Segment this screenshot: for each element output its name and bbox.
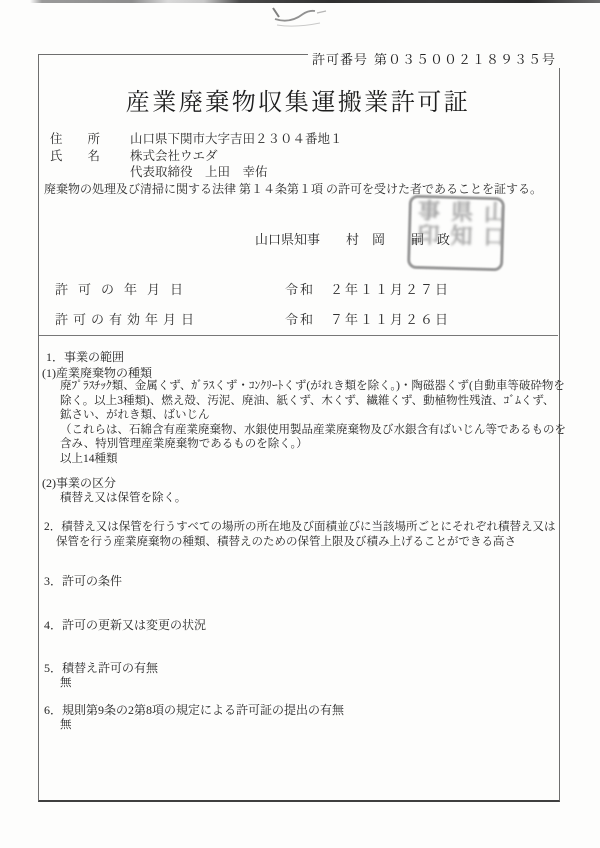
section6-heading: 6．規則第9条の2第8項の規定による許可証の提出の有無 xyxy=(44,701,344,718)
representative-name: 代表取締役 上田 幸佑 xyxy=(130,162,268,180)
address-label: 住 所 xyxy=(50,129,100,147)
section6-value: 無 xyxy=(60,716,72,732)
section3-heading: 3．許可の条件 xyxy=(44,572,122,589)
document-title: 産業廃棄物収集運搬業許可証 xyxy=(38,82,558,117)
section1-heading: 1．事業の範囲 xyxy=(46,348,124,365)
section2-line2: 保管を行う産業廃棄物の種類、積替えのための保管上限及び積み上げることができる高さ xyxy=(56,533,516,549)
section5-value: 無 xyxy=(60,674,72,690)
waste-types-line: 含み、特別管理産業廃棄物であるものを除く。） xyxy=(60,437,566,452)
waste-types-line: 廃ﾌﾟﾗｽﾁｯｸ類、金属くず、ｶﾞﾗｽくず・ｺﾝｸﾘｰﾄくず(がれき類を除く。)… xyxy=(60,379,566,394)
grant-date-label: 許可の年月日 xyxy=(55,279,193,298)
section-divider-line xyxy=(39,335,558,336)
business-category-value: 積替え又は保管を除く。 xyxy=(60,489,186,505)
permit-number-label: 許可番号 xyxy=(312,52,368,67)
expiry-date-label: 許可の有効年月日 xyxy=(55,309,199,328)
certification-statement: 廃棄物の処理及び清掃に関する法律 第１４条第１項 の許可を受けた者であることを証… xyxy=(44,180,542,197)
section2-line1: 2．積替え又は保管を行うすべての場所の所在地及び面積並びに当該場所ごとにそれぞれ… xyxy=(44,518,556,534)
waste-types-list: 廃ﾌﾟﾗｽﾁｯｸ類、金属くず、ｶﾞﾗｽくず・ｺﾝｸﾘｰﾄくず(がれき類を除く。)… xyxy=(60,379,566,467)
seal-characters: 山口県知事印 xyxy=(410,199,505,270)
waste-types-line: 鉱さい、がれき類、ばいじん xyxy=(60,408,566,423)
handwritten-check-mark xyxy=(265,2,335,30)
permit-number: 許可番号第０３５００２１８９３５号 xyxy=(308,49,560,68)
section4-heading: 4．許可の更新又は変更の状況 xyxy=(44,616,206,633)
permit-number-value: 第０３５００２１８９３５号 xyxy=(374,52,556,67)
grant-date-value: 令和 ２年１１月２７日 xyxy=(285,279,450,298)
expiry-date-value: 令和 ７年１１月２６日 xyxy=(285,309,450,328)
name-label: 氏 名 xyxy=(50,146,100,164)
waste-types-line: （これらは、石綿含有産業廃棄物、水銀使用製品産業廃棄物及び水銀含有ばいじん等であ… xyxy=(60,423,566,438)
scanned-permit-certificate: 許可番号第０３５００２１８９３５号 産業廃棄物収集運搬業許可証 住 所 山口県下… xyxy=(0,0,600,848)
waste-types-line: 除く。以上3種類)、燃え殻、汚泥、廃油、紙くず、木くず、繊維くず、動植物性残渣、… xyxy=(60,394,566,409)
address-value: 山口県下関市大字吉田２３０４番地１ xyxy=(130,129,343,147)
governor-seal-stamp: 山口県知事印 xyxy=(407,195,505,272)
waste-types-line: 以上14種類 xyxy=(60,452,566,467)
